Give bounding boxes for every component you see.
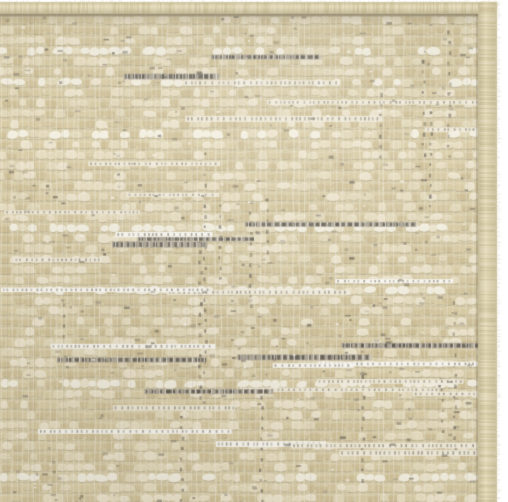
rug-product-photo [0, 0, 508, 502]
rug-weave-texture [0, 0, 508, 502]
